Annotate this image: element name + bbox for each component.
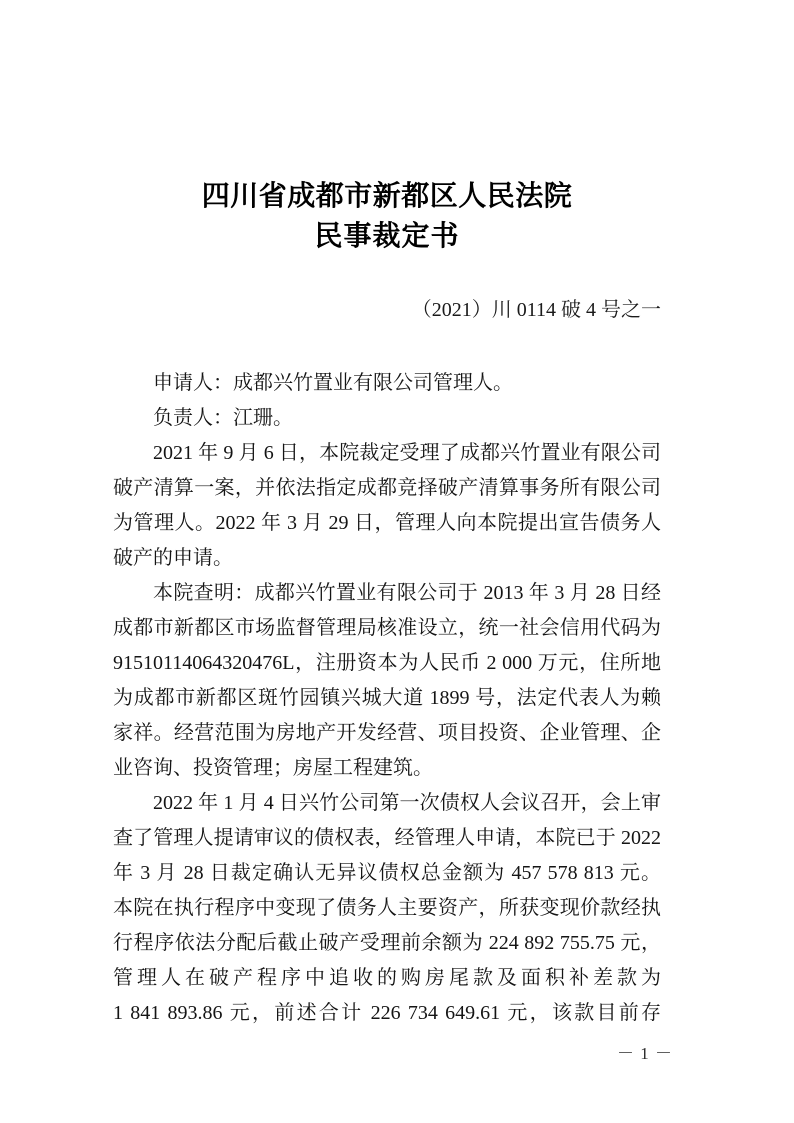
- body-line: 破产清算一案，并依法指定成都竞择破产清算事务所有限公司: [113, 471, 661, 506]
- document-page: 四川省成都市新都区人民法院 民事裁定书 （2021）川 0114 破 4 号之一…: [0, 0, 794, 1123]
- body-line: 为管理人。2022 年 3 月 29 日，管理人向本院提出宣告债务人: [113, 506, 661, 541]
- court-name: 四川省成都市新都区人民法院: [113, 179, 661, 213]
- body-line: 2022 年 1 月 4 日兴竹公司第一次债权人会议召开，会上审: [113, 786, 661, 821]
- body-line: 家祥。经营范围为房地产开发经营、项目投资、企业管理、企: [113, 716, 661, 751]
- body-line: 91510114064320476L，注册资本为人民币 2 000 万元，住所地: [113, 646, 661, 681]
- document-content: 四川省成都市新都区人民法院 民事裁定书 （2021）川 0114 破 4 号之一…: [113, 0, 661, 1031]
- body-line: 1 841 893.86 元，前述合计 226 734 649.61 元，该款目…: [113, 996, 661, 1031]
- body-line: 本院在执行程序中变现了债务人主要资产，所获变现价款经执: [113, 891, 661, 926]
- body-line: 为成都市新都区斑竹园镇兴城大道 1899 号，法定代表人为赖: [113, 681, 661, 716]
- body-line: 业咨询、投资管理；房屋工程建筑。: [113, 751, 661, 786]
- body-line: 申请人：成都兴竹置业有限公司管理人。: [113, 366, 661, 401]
- body-line: 管理人在破产程序中追收的购房尾款及面积补差款为: [113, 961, 661, 996]
- document-title: 民事裁定书: [113, 219, 661, 253]
- body-line: 2021 年 9 月 6 日，本院裁定受理了成都兴竹置业有限公司: [113, 436, 661, 471]
- ruling-body: 申请人：成都兴竹置业有限公司管理人。 负责人：江珊。 2021 年 9 月 6 …: [113, 366, 661, 1031]
- body-line: 负责人：江珊。: [113, 401, 661, 436]
- body-line: 年 3 月 28 日裁定确认无异议债权总金额为 457 578 813 元。: [113, 856, 661, 891]
- body-line: 行程序依法分配后截止破产受理前余额为 224 892 755.75 元，: [113, 926, 661, 961]
- body-line: 本院查明：成都兴竹置业有限公司于 2013 年 3 月 28 日经: [113, 576, 661, 611]
- body-line: 破产的申请。: [113, 541, 661, 576]
- body-line: 成都市新都区市场监督管理局核准设立，统一社会信用代码为: [113, 611, 661, 646]
- case-number: （2021）川 0114 破 4 号之一: [113, 297, 661, 323]
- body-line: 查了管理人提请审议的债权表，经管理人申请，本院已于 2022: [113, 821, 661, 856]
- page-number: － 1 －: [617, 1042, 673, 1066]
